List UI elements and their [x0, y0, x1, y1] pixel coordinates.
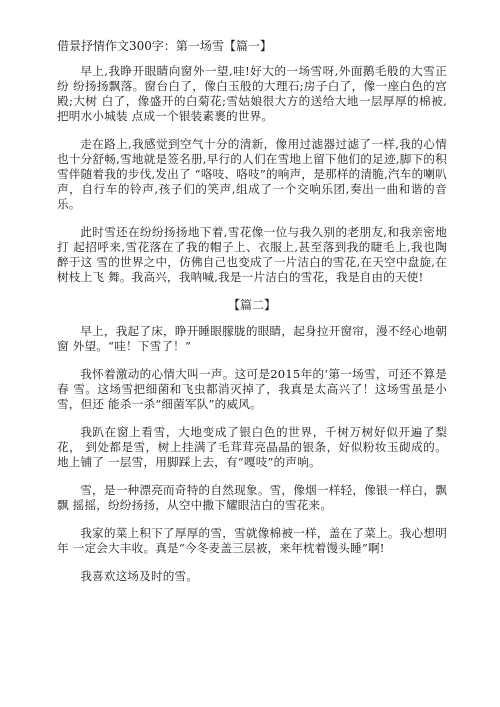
paragraph: 走在路上,我感觉到空气十分的清新，像用过滤器过滤了一样,我的心情也十分舒畅,雪地… [57, 137, 447, 212]
paragraph: 我怀着激动的心情大叫一声。这可是2015年的‘第一场雪，可还不算是春 雪。这场雪… [57, 367, 447, 412]
document-page: 借景抒情作文300字：第一场雪【篇一】 早上,我睁开眼睛向窗外一望,哇!好大的一… [57, 39, 447, 597]
paragraph: 我趴在窗上看雪，大地变成了银白色的世界，千树万树好似开遍了梨花， 到处都是雪，树… [57, 425, 447, 470]
paragraph: 我喜欢这场及时的雪。 [57, 569, 447, 584]
paragraph: 雪，是一种漂亮而奇特的自然现象。雪，像烟一样轻，像银一样白，飘飘 摇摇，纷纷扬扬… [57, 483, 447, 513]
paragraph: 我家的菜上积下了厚厚的雪，雪就像棉被一样，盖在了菜上。我心想明年 一定会大丰收。… [57, 526, 447, 556]
document-title: 借景抒情作文300字：第一场雪【篇一】 [57, 39, 447, 54]
paragraph: 早上,我睁开眼睛向窗外一望,哇!好大的一场雪呀,外面鹅毛般的大雪正纷 纷扬扬飘落… [57, 64, 447, 124]
paragraph: 早上，我起了床，睁开睡眼朦胧的眼睛，起身拉开窗帘，漫不经心地朝窗 外望。“哇！下… [57, 324, 447, 354]
paragraph: 此时雪还在纷纷扬扬地下着,雪花像一位与我久别的老朋友,和我亲密地打 起招呼来,雪… [57, 225, 447, 285]
section-heading: 【篇二】 [57, 298, 447, 313]
